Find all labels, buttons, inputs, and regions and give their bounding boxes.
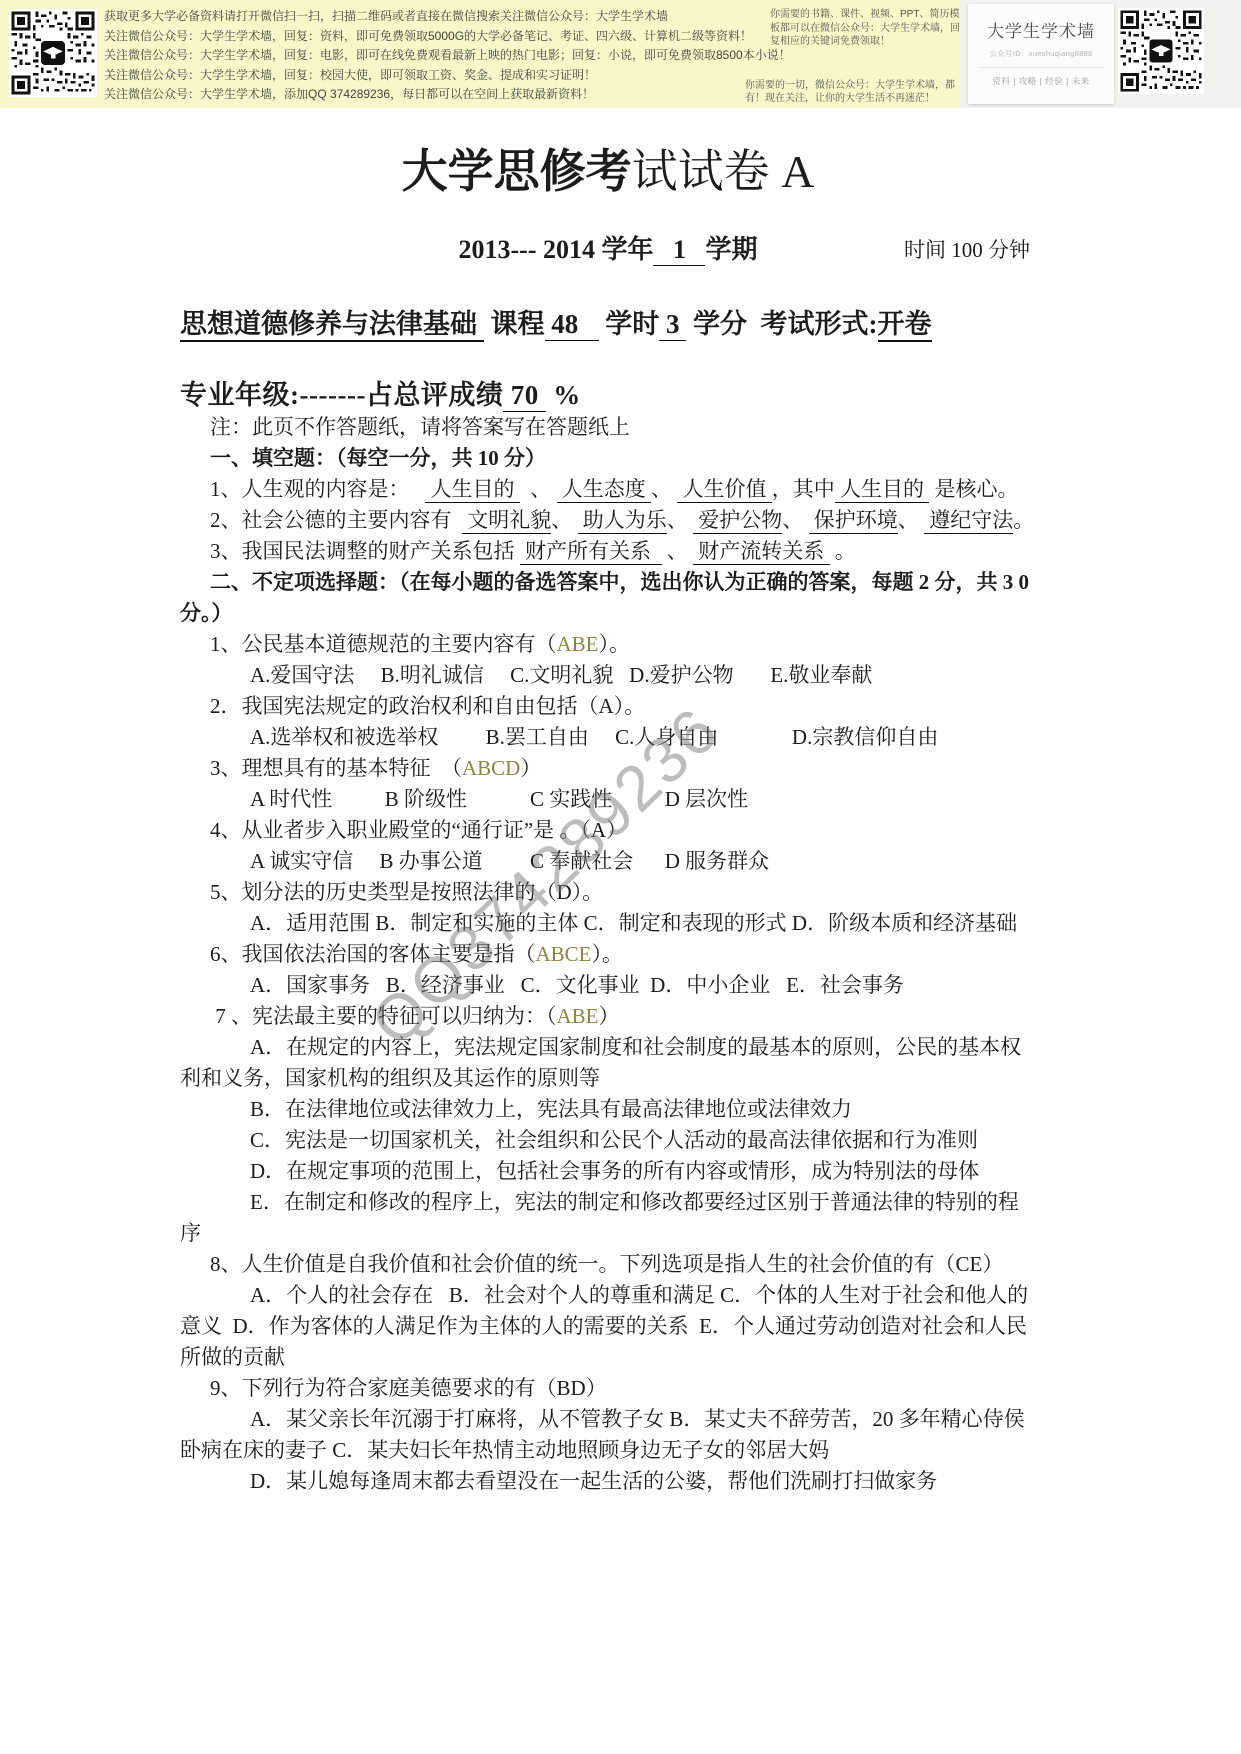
mc-question-7-option-c: C．宪法是一切国家机关，社会组织和公民个人活动的最高法律依据和行为准则	[180, 1125, 1036, 1156]
mc-question-7: 7 、宪法最主要的特征可以归纳为：（ABE）	[180, 1001, 1036, 1032]
answer-sheet-note: 注：此页不作答题纸，请将答案写在答题纸上	[180, 412, 1036, 443]
section1-heading: 一、填空题：（每空一分，共 10 分）	[180, 443, 1036, 474]
blank: 爱护公物	[693, 508, 782, 534]
banner-right-card-area: 大学生学术墙 公众号ID：xueshuqiang8888 资料 | 攻略 | 经…	[960, 0, 1241, 108]
mc-question-3: 3、理想具有的基本特征 （ABCD）	[180, 753, 1036, 784]
promo-line-1: 获取更多大学必备资料请打开微信扫一扫，扫描二维码或者直接在微信搜索关注微信公众号…	[104, 7, 791, 27]
answer-key: BD	[557, 1376, 586, 1400]
grade-percent-sign: %	[546, 380, 581, 410]
mc-question-7-option-e: E．在制定和修改的程序上，宪法的制定和修改都要经过区别于普通法律的特别的程序	[180, 1187, 1036, 1249]
promo-line-4: 关注微信公众号：大学生学术墙，回复：校园大使，即可领取工资、奖金、提成和实习证明…	[104, 66, 791, 86]
mc-question-8: 8、人生价值是自我价值和社会价值的统一。下列选项是指人生的社会价值的有（CE）	[180, 1249, 1036, 1280]
card-divider	[979, 67, 1103, 68]
mc-question-9-options-abc: A．某父亲长年沉溺于打麻将，从不管教子女 B．某丈夫不辞劳苦，20 多年精心侍侯…	[180, 1404, 1036, 1466]
fill-question-1: 1、人生观的内容是： 人生目的 、 人生态度 、 人生价值 ，其中 人生目的 是…	[180, 474, 1036, 505]
title-part-serif: 试试卷 A	[632, 146, 815, 197]
exam-form-value: 开卷	[878, 309, 932, 342]
blank: 人生目的	[835, 477, 930, 503]
mc-question-3-options: A 时代性 B 阶级性 C 实践性 D 层次性	[180, 784, 1036, 815]
term-line: 2013--- 2014 学年 1 学期时间 100 分钟	[180, 229, 1036, 266]
answer-key: A	[599, 694, 614, 718]
hours-blank: 48	[545, 309, 599, 341]
promo-line-3: 关注微信公众号：大学生学术墙，回复：电影，即可在线免费观看最新上映的热门电影；回…	[104, 46, 791, 66]
grade-lead: 专业年级:-------占总评成绩	[180, 380, 503, 410]
exam-paper: QQ374289236 大学思修考试试卷 A 2013--- 2014 学年 1…	[0, 108, 1241, 1497]
blank: 财产所有关系	[520, 539, 662, 565]
course-label: 课程	[484, 309, 545, 339]
blank: 人生价值	[677, 477, 772, 503]
promo-text-lines: 获取更多大学必备资料请打开微信扫一扫，扫描二维码或者直接在微信搜索关注微信公众号…	[104, 7, 791, 105]
course-line: 思想道德修养与法律基础 课程 48 学时 3 学分 考试形式:开卷	[180, 302, 1036, 341]
credits-exam-form-label: 学分 考试形式:	[686, 309, 877, 339]
qr-code-right-icon	[1118, 8, 1204, 94]
mc-question-2: 2．我国宪法规定的政治权利和自由包括（A）。	[180, 691, 1036, 722]
answer-key: ABCE	[536, 942, 592, 966]
mc-question-4: 4、从业者步入职业殿堂的“通行证”是 。（A）	[180, 815, 1036, 846]
blank: 人生目的	[425, 477, 520, 503]
answer-key: A	[591, 818, 606, 842]
answer-key: D	[557, 880, 572, 904]
mc-question-9: 9、下列行为符合家庭美德要求的有（BD）	[180, 1373, 1036, 1404]
section2-heading: 二、不定项选择题：（在每小题的备选答案中，选出你认为正确的答案，每题 2 分，共…	[180, 567, 1036, 629]
hours-label: 学时	[599, 309, 660, 339]
mc-question-5-options: A．适用范围 B．制定和实施的主体 C．制定和表现的形式 D．阶级本质和经济基础	[180, 908, 1036, 939]
mc-question-1-options: A.爱国守法 B.明礼诚信 C.文明礼貌 D.爱护公物 E.敬业奉献	[180, 660, 1036, 691]
credits-blank: 3	[659, 309, 686, 341]
mc-question-7-option-d: D．在规定事项的范围上，包括社会事务的所有内容或情形，成为特别法的母体	[180, 1156, 1036, 1187]
blank: 财产流转关系	[693, 539, 830, 565]
title-part-bold: 大学思修考	[402, 145, 632, 197]
answer-key: CE	[956, 1252, 983, 1276]
qr-code-left-icon	[9, 9, 97, 97]
mc-question-4-options: A 诚实守信 B 办事公道 C 奉献社会 D 服务群众	[180, 846, 1036, 877]
fill-question-2: 2、社会公德的主要内容有 文明礼貌、 助人为乐、 爱护公物、 保护环境、 遵纪守…	[180, 505, 1036, 536]
fill-question-3: 3、我国民法调整的财产关系包括 财产所有关系 、 财产流转关系 。	[180, 536, 1036, 567]
school-year: 2013--- 2014 学年	[459, 235, 654, 264]
mc-question-6-options: A．国家事务 B．经济事业 C．文化事业 D．中小企业 E．社会事务	[180, 970, 1036, 1001]
mc-question-7-option-b: B．在法律地位或法律效力上，宪法具有最高法律地位或法律效力	[180, 1094, 1036, 1125]
mc-question-6: 6、我国依法治国的客体主要是指（ABCE）。	[180, 939, 1036, 970]
wechat-account-card: 大学生学术墙 公众号ID：xueshuqiang8888 资料 | 攻略 | 经…	[968, 4, 1114, 104]
mc-question-9-option-d: D．某儿媳每逢周末都去看望没在一起生活的公婆，帮他们洗刷打扫做家务	[180, 1466, 1036, 1497]
blank: 助人为乐	[578, 508, 667, 534]
time-limit: 时间 100 分钟	[904, 234, 1030, 264]
promo-line-5: 关注微信公众号：大学生学术墙，添加QQ 374289236，每日都可以在空间上获…	[104, 85, 791, 105]
blank: 人生态度	[557, 477, 652, 503]
answer-key: ABE	[557, 1004, 599, 1028]
grade-percent-blank: 70	[503, 380, 546, 412]
promo-middle-top-text: 你需要的书籍、课件、视频、PPT、简历模板都可以在微信公众号：大学生学术墙，回复…	[770, 8, 962, 49]
card-account-id: 公众号ID：xueshuqiang8888	[968, 48, 1114, 59]
promo-line-2: 关注微信公众号：大学生学术墙，回复：资料，即可免费领取5000G的大学必备笔记、…	[104, 27, 791, 47]
grade-line: 专业年级:-------占总评成绩 70 %	[180, 373, 1036, 412]
blank: 文明礼貌	[462, 508, 551, 534]
card-tags: 资料 | 攻略 | 经验 | 未来	[968, 75, 1114, 87]
promo-banner: 获取更多大学必备资料请打开微信扫一扫，扫描二维码或者直接在微信搜索关注微信公众号…	[0, 0, 1241, 108]
mc-question-8-options: A．个人的社会存在 B．社会对个人的尊重和满足 C．个体的人生对于社会和他人的意…	[180, 1280, 1036, 1373]
mc-question-5: 5、划分法的历史类型是按照法律的（D）。	[180, 877, 1036, 908]
promo-middle-bottom-text: 你需要的一切，微信公众号：大学生学术墙，都有！现在关注，让你的大学生活不再迷茫！	[745, 79, 963, 105]
blank: 遵纪守法	[924, 508, 1013, 534]
mc-question-7-option-a: A．在规定的内容上，宪法规定国家制度和社会制度的最基本的原则，公民的基本权利和义…	[180, 1032, 1036, 1094]
mc-question-1: 1、公民基本道德规范的主要内容有（ABE）。	[180, 629, 1036, 660]
answer-key: ABCD	[462, 756, 520, 780]
card-title: 大学生学术墙	[968, 17, 1114, 42]
page-title: 大学思修考试试卷 A	[180, 144, 1036, 199]
answer-key: ABE	[557, 632, 599, 656]
semester-label: 学期	[705, 235, 757, 264]
course-name: 思想道德修养与法律基础	[180, 309, 484, 342]
semester-blank: 1	[653, 235, 705, 266]
mc-question-2-options: A.选举权和被选举权 B.罢工自由 C.人身自由 D.宗教信仰自由	[180, 722, 1036, 753]
blank: 保护环境	[809, 508, 898, 534]
